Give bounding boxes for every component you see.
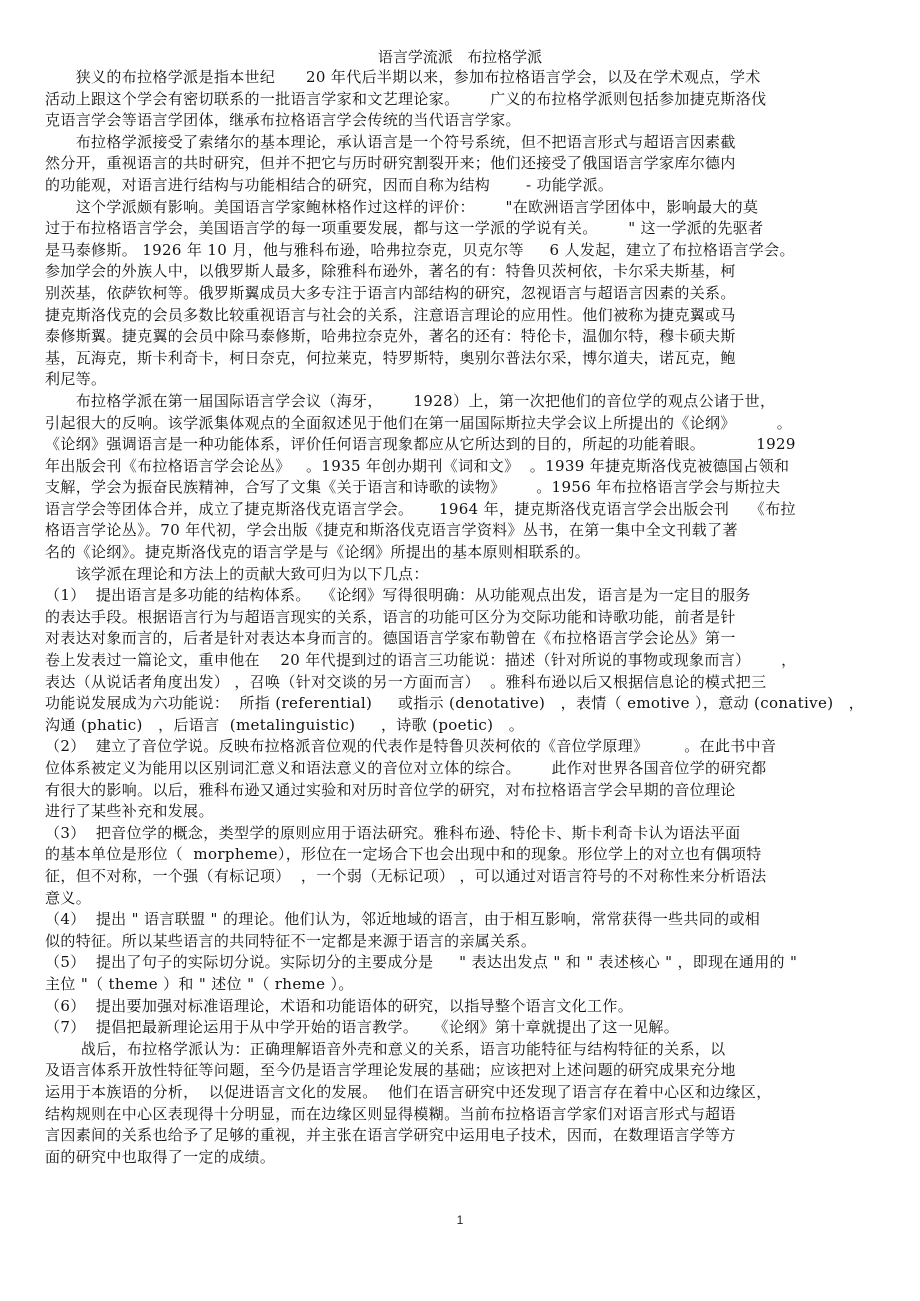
text-line: 年出版会刊《布拉格语言学会论丛》 。1935 年创办期刊《词和文》 。1939 … bbox=[45, 456, 885, 478]
document-page: 语言学流派 布拉格学派 狭义的布拉格学派是指本世纪 20 年代后半期以来，参加布… bbox=[0, 0, 920, 1301]
text-line: 语言学会等团体合并，成立了捷克斯洛伐克语言学会。 1964 年，捷克斯洛伐克语言… bbox=[45, 499, 885, 521]
text-line: 运用于本族语的分析， 以促进语言文化的发展。 他们在语言研究中还发现了语言存在着… bbox=[45, 1082, 885, 1104]
text-line: 别茨基，依萨钦柯等。俄罗斯翼成员大多专注于语言内部结构的研究，忽视语言与超语言因… bbox=[45, 283, 885, 305]
text-line: 利尼等。 bbox=[45, 369, 885, 391]
text-line: 战后，布拉格学派认为：正确理解语音外壳和意义的关系，语言功能特征与结构特征的关系… bbox=[45, 1039, 885, 1061]
text-line: 基，瓦海克，斯卡利奇卡，柯日奈克，何拉莱克，特罗斯特，奥别尔普法尔采，博尔道夫，… bbox=[45, 348, 885, 370]
text-line: 及语言体系开放性特征等问题，至今仍是语言学理论发展的基础；应该把对上述问题的研究… bbox=[45, 1060, 885, 1082]
text-line: （3） 把音位学的概念，类型学的原则应用于语法研究。雅科布逊、特伦卡、斯卡利奇卡… bbox=[45, 823, 885, 845]
text-line: （1） 提出语言是多功能的结构体系。 《论纲》写得很明确：从功能观点出发，语言是… bbox=[45, 585, 885, 607]
text-line: 泰修斯翼。捷克翼的会员中除马泰修斯，哈弗拉奈克外，著名的还有：特伦卡，温伽尔特，… bbox=[45, 326, 885, 348]
text-line: 布拉格学派接受了索绪尔的基本理论，承认语言是一个符号系统，但不把语言形式与超语言… bbox=[45, 132, 885, 154]
text-line: 这个学派颇有影响。美国语言学家鲍林格作过这样的评价： "在欧洲语言学团体中，影响… bbox=[45, 197, 885, 219]
document-body: 狭义的布拉格学派是指本世纪 20 年代后半期以来，参加布拉格语言学会，以及在学术… bbox=[45, 67, 885, 1168]
text-line: （2） 建立了音位学说。反映布拉格派音位观的代表作是特鲁贝茨柯依的《音位学原理》… bbox=[45, 736, 885, 758]
text-line: 《论纲》强调语言是一种功能体系，评价任何语言现象都应从它所达到的目的，所起的功能… bbox=[45, 434, 885, 456]
text-line: 面的研究中也取得了一定的成绩。 bbox=[45, 1147, 885, 1169]
text-line: 支解，学会为振奋民族精神，合写了文集《关于语言和诗歌的读物》 。1956 年布拉… bbox=[45, 477, 885, 499]
text-line: 卷上发表过一篇论文，重申他在 20 年代提到过的语言三功能说：描述（针对所说的事… bbox=[45, 650, 885, 672]
text-line: 是马泰修斯。 1926 年 10 月，他与雅科布逊，哈弗拉奈克，贝克尔等 6 人… bbox=[45, 240, 885, 262]
document-title: 语言学流派 布拉格学派 bbox=[0, 47, 920, 67]
text-line: 参加学会的外族人中，以俄罗斯人最多，除雅科布逊外，著名的有：特鲁贝茨柯依，卡尔采… bbox=[45, 261, 885, 283]
text-line: （7） 提倡把最新理论运用于从中学开始的语言教学。 《论纲》第十章就提出了这一见… bbox=[45, 1017, 885, 1039]
text-line: 克语言学会等语言学团体，继承布拉格语言学会传统的当代语言学家。 bbox=[45, 110, 885, 132]
text-line: 引起很大的反响。该学派集体观点的全面叙述见于他们在第一届国际斯拉夫学会议上所提出… bbox=[45, 413, 885, 435]
text-line: （6） 提出要加强对标准语理论，术语和功能语体的研究，以指导整个语言文化工作。 bbox=[45, 996, 885, 1018]
text-line: 名的《论纲》。捷克斯洛伐克的语言学是与《论纲》所提出的基本原则相联系的。 bbox=[45, 542, 885, 564]
text-line: 的功能观，对语言进行结构与功能相结合的研究，因而自称为结构 - 功能学派。 bbox=[45, 175, 885, 197]
text-line: 意义。 bbox=[45, 888, 885, 910]
text-line: 进行了某些补充和发展。 bbox=[45, 801, 885, 823]
text-line: 布拉格学派在第一届国际语言学会议（海牙， 1928）上，第一次把他们的音位学的观… bbox=[45, 391, 885, 413]
text-line: 过于布拉格语言学会，美国语言学的每一项重要发展，都与这一学派的学说有关。 " 这… bbox=[45, 218, 885, 240]
text-line: 结构规则在中心区表现得十分明显，而在边缘区则显得模糊。当前布拉格语言学家们对语言… bbox=[45, 1104, 885, 1126]
text-line: 功能说发展成为六功能说： 所指 (referential) 或指示 (denot… bbox=[45, 693, 885, 715]
text-line: 格语言学论丛》。70 年代初，学会出版《捷克和斯洛伐克语言学资料》丛书，在第一集… bbox=[45, 520, 885, 542]
text-line: 的表达手段。根据语言行为与超语言现实的关系，语言的功能可区分为交际功能和诗歌功能… bbox=[45, 607, 885, 629]
text-line: 然分开，重视语言的共时研究，但并不把它与历时研究割裂开来；他们还接受了俄国语言学… bbox=[45, 153, 885, 175]
text-line: （5） 提出了句子的实际切分说。实际切分的主要成分是 " 表达出发点 " 和 "… bbox=[45, 952, 885, 974]
text-line: 表达（从说话者角度出发） ，召唤（针对交谈的另一方面而言） 。雅科布逊以后又根据… bbox=[45, 672, 885, 694]
text-line: 对表达对象而言的，后者是针对表达本身而言的。德国语言学家布勒曾在《布拉格语言学会… bbox=[45, 628, 885, 650]
text-line: 活动上跟这个学会有密切联系的一批语言学家和文艺理论家。 广义的布拉格学派则包括参… bbox=[45, 89, 885, 111]
text-line: 有很大的影响。以后，雅科布逊又通过实验和对历时音位学的研究，对布拉格语言学会早期… bbox=[45, 780, 885, 802]
text-line: 捷克斯洛伐克的会员多数比较重视语言与社会的关系，注意语言理论的应用性。他们被称为… bbox=[45, 305, 885, 327]
page-number: 1 bbox=[0, 1213, 920, 1227]
text-line: 该学派在理论和方法上的贡献大致可归为以下几点： bbox=[45, 564, 885, 586]
text-line: 主位 "（ theme ）和 " 述位 "（ rheme ）。 bbox=[45, 974, 885, 996]
text-line: 言因素间的关系也给予了足够的重视，并主张在语言学研究中运用电子技术，因而，在数理… bbox=[45, 1125, 885, 1147]
text-line: （4） 提出 " 语言联盟 " 的理论。他们认为，邻近地域的语言，由于相互影响，… bbox=[45, 909, 885, 931]
text-line: 的基本单位是形位（ morpheme），形位在一定场合下也会出现中和的现象。形位… bbox=[45, 844, 885, 866]
text-line: 位体系被定义为能用以区别词汇意义和语法意义的音位对立体的综合。 此作对世界各国音… bbox=[45, 758, 885, 780]
text-line: 似的特征。所以某些语言的共同特征不一定都是来源于语言的亲属关系。 bbox=[45, 931, 885, 953]
text-line: 狭义的布拉格学派是指本世纪 20 年代后半期以来，参加布拉格语言学会，以及在学术… bbox=[45, 67, 885, 89]
text-line: 沟通 (phatic) ，后语言 (metalinguistic) ，诗歌 (p… bbox=[45, 715, 885, 737]
text-line: 征，但不对称，一个强（有标记项） ，一个弱（无标记项） ，可以通过对语言符号的不… bbox=[45, 866, 885, 888]
